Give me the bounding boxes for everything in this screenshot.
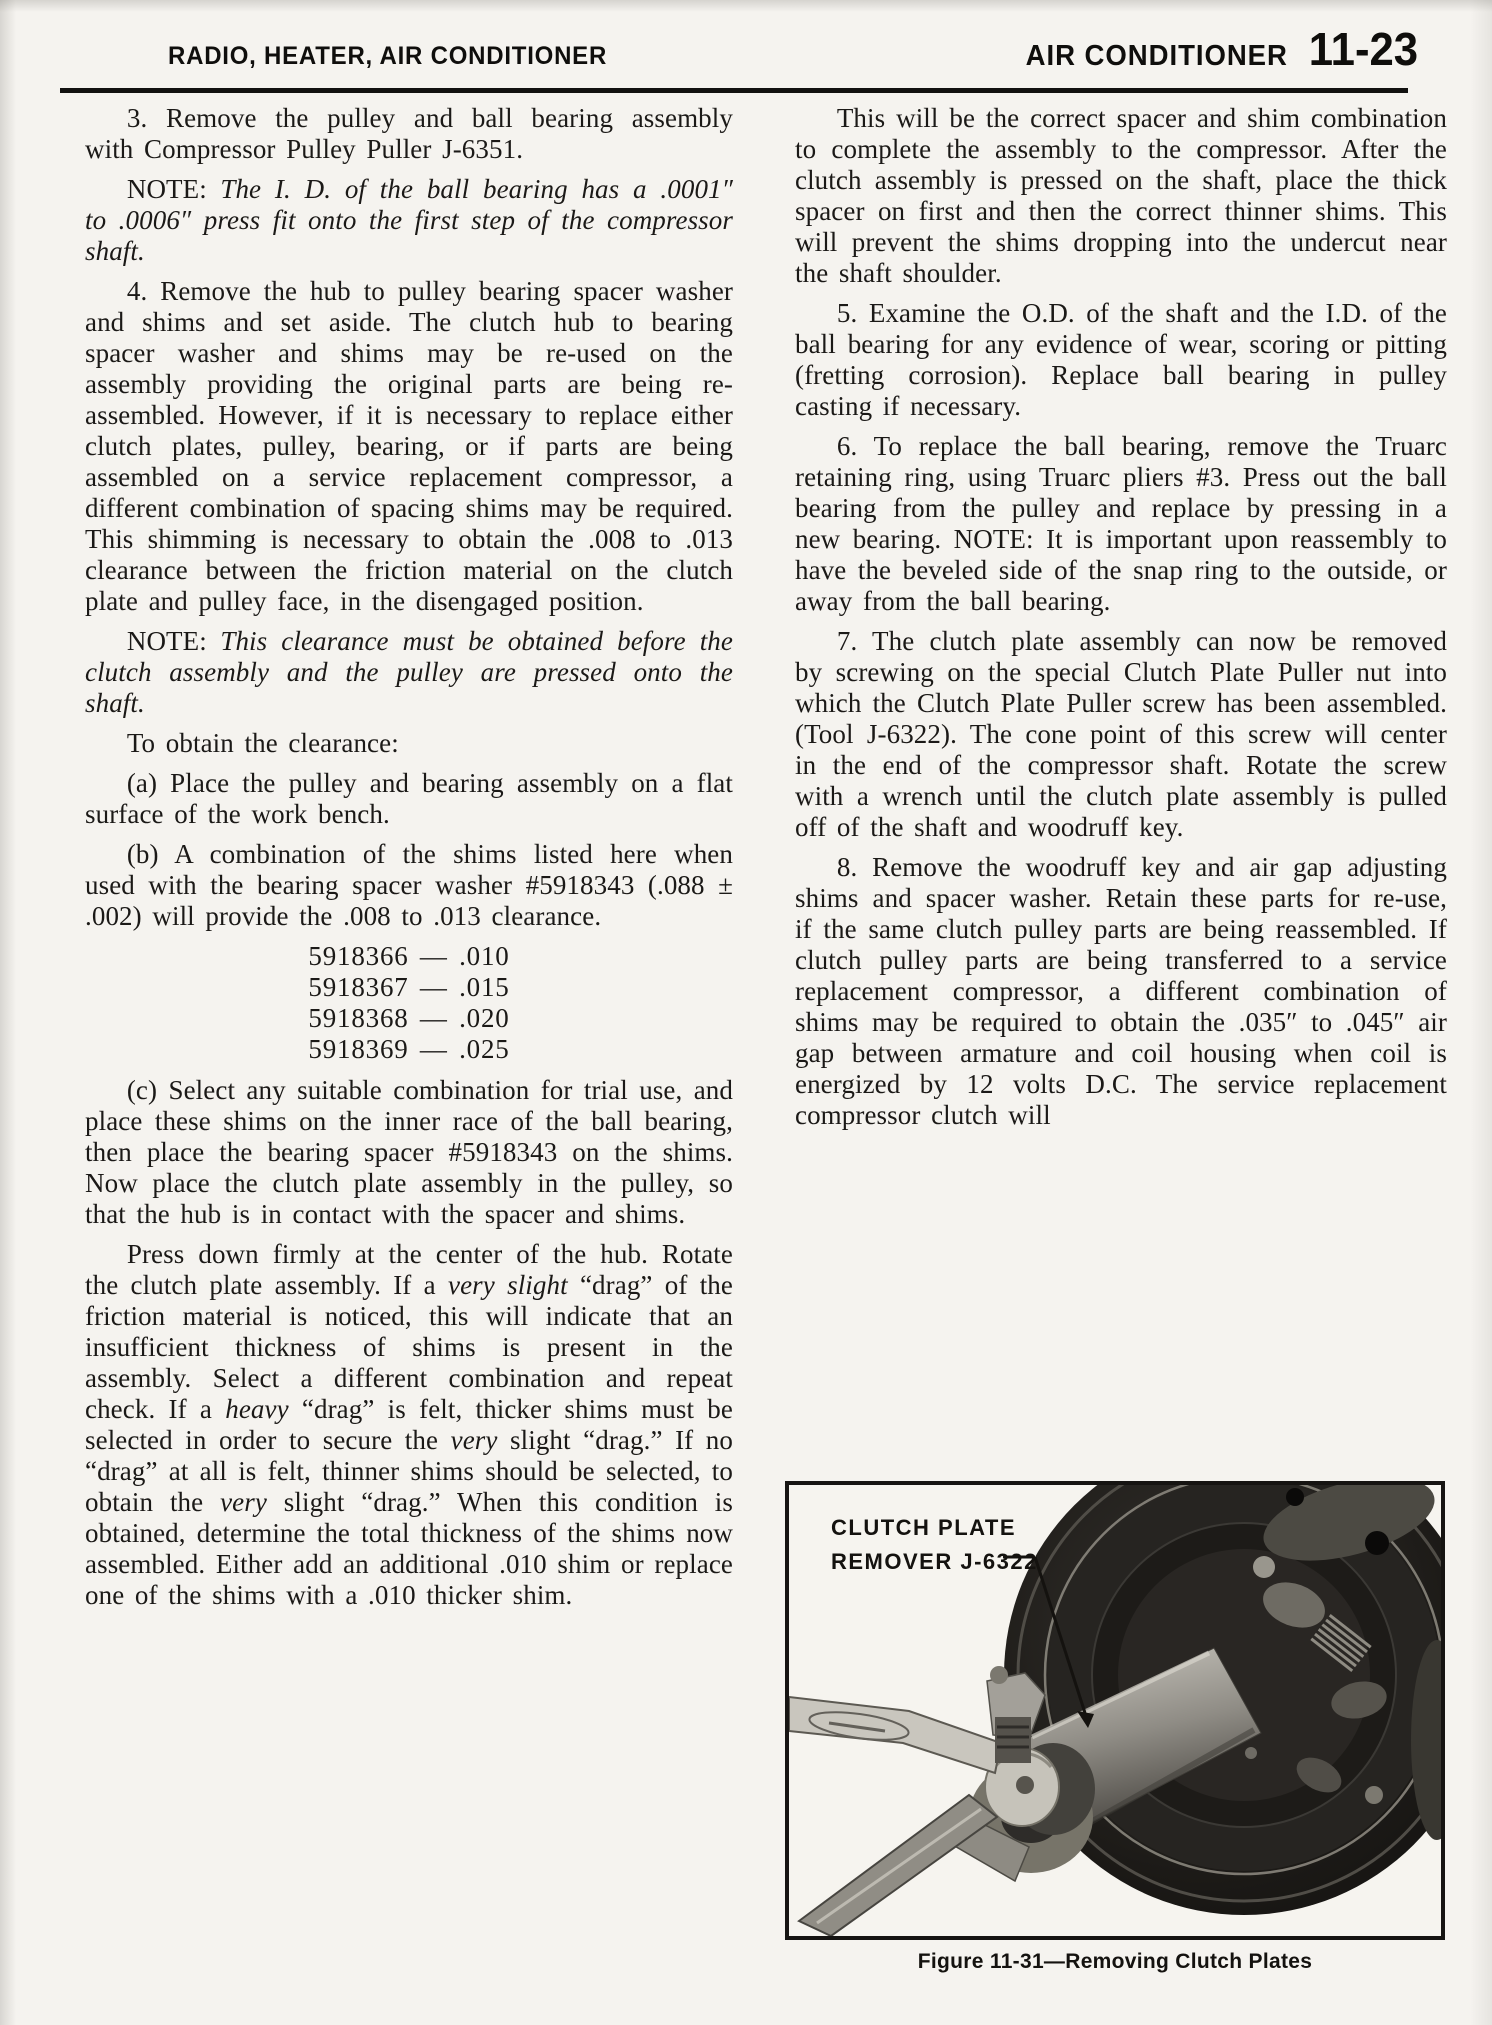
figure-11-31: CLUTCH PLATE REMOVER J-6322 <box>785 1481 1445 1940</box>
shim-row: 5918367 — .015 <box>85 972 733 1003</box>
note-bearing-fit: NOTE:The I. D. of the ball bearing has a… <box>85 174 733 267</box>
left-column: 3. Remove the pulley and ball bearing as… <box>85 103 733 1620</box>
paragraph-step-7: 7. The clutch plate assembly can now be … <box>795 626 1447 843</box>
paragraph-spacer-shim: This will be the correct spacer and shim… <box>795 103 1447 289</box>
right-column: This will be the correct spacer and shim… <box>795 103 1447 1140</box>
paragraph-item-a: (a) Place the pulley and bearing assembl… <box>85 768 733 830</box>
paragraph-drag-check: Press down firmly at the center of the h… <box>85 1239 733 1611</box>
running-head-section: AIR CONDITIONER <box>1026 40 1288 73</box>
drag-emphasis: heavy <box>225 1394 288 1424</box>
header-rule <box>60 88 1408 93</box>
note-label: NOTE: <box>127 626 207 656</box>
paragraph-step-5: 5. Examine the O.D. of the shaft and the… <box>795 298 1447 422</box>
drag-emphasis: very <box>220 1487 267 1517</box>
running-head-left: RADIO, HEATER, AIR CONDITIONER <box>168 42 607 71</box>
drag-emphasis: very slight <box>448 1270 568 1300</box>
note-clearance: NOTE:This clearance must be obtained bef… <box>85 626 733 719</box>
bolt-hole <box>1286 1488 1304 1506</box>
page-number: 11-23 <box>1309 22 1418 76</box>
paragraph-clearance-intro: To obtain the clearance: <box>85 728 733 759</box>
paragraph-step-8: 8. Remove the woodruff key and air gap a… <box>795 852 1447 1131</box>
paragraph-step-4: 4. Remove the hub to pulley bearing spac… <box>85 276 733 617</box>
figure-callout-line2: REMOVER J-6322 <box>831 1549 1038 1574</box>
paragraph-step-6: 6. To replace the ball bearing, remove t… <box>795 431 1447 617</box>
shim-row: 5918368 — .020 <box>85 1003 733 1034</box>
paragraph-step-3: 3. Remove the pulley and ball bearing as… <box>85 103 733 165</box>
shim-row: 5918366 — .010 <box>85 941 733 972</box>
figure-callout-line1: CLUTCH PLATE <box>831 1515 1016 1540</box>
drag-emphasis: very <box>451 1425 498 1455</box>
running-head-right: AIR CONDITIONER 11-23 <box>1026 22 1418 76</box>
manual-page: RADIO, HEATER, AIR CONDITIONER AIR CONDI… <box>0 0 1492 2025</box>
paragraph-item-b: (b) A combination of the shims listed he… <box>85 839 733 932</box>
clutch-plate-photo: CLUTCH PLATE REMOVER J-6322 <box>789 1485 1441 1936</box>
shim-part-list: 5918366 — .010 5918367 — .015 5918368 — … <box>85 941 733 1065</box>
note-label: NOTE: <box>127 174 207 204</box>
paragraph-item-c: (c) Select any suitable combination for … <box>85 1075 733 1230</box>
bolt-hole <box>1365 1531 1389 1555</box>
figure-caption: Figure 11-31—Removing Clutch Plates <box>785 1950 1445 1974</box>
shim-row: 5918369 — .025 <box>85 1034 733 1065</box>
